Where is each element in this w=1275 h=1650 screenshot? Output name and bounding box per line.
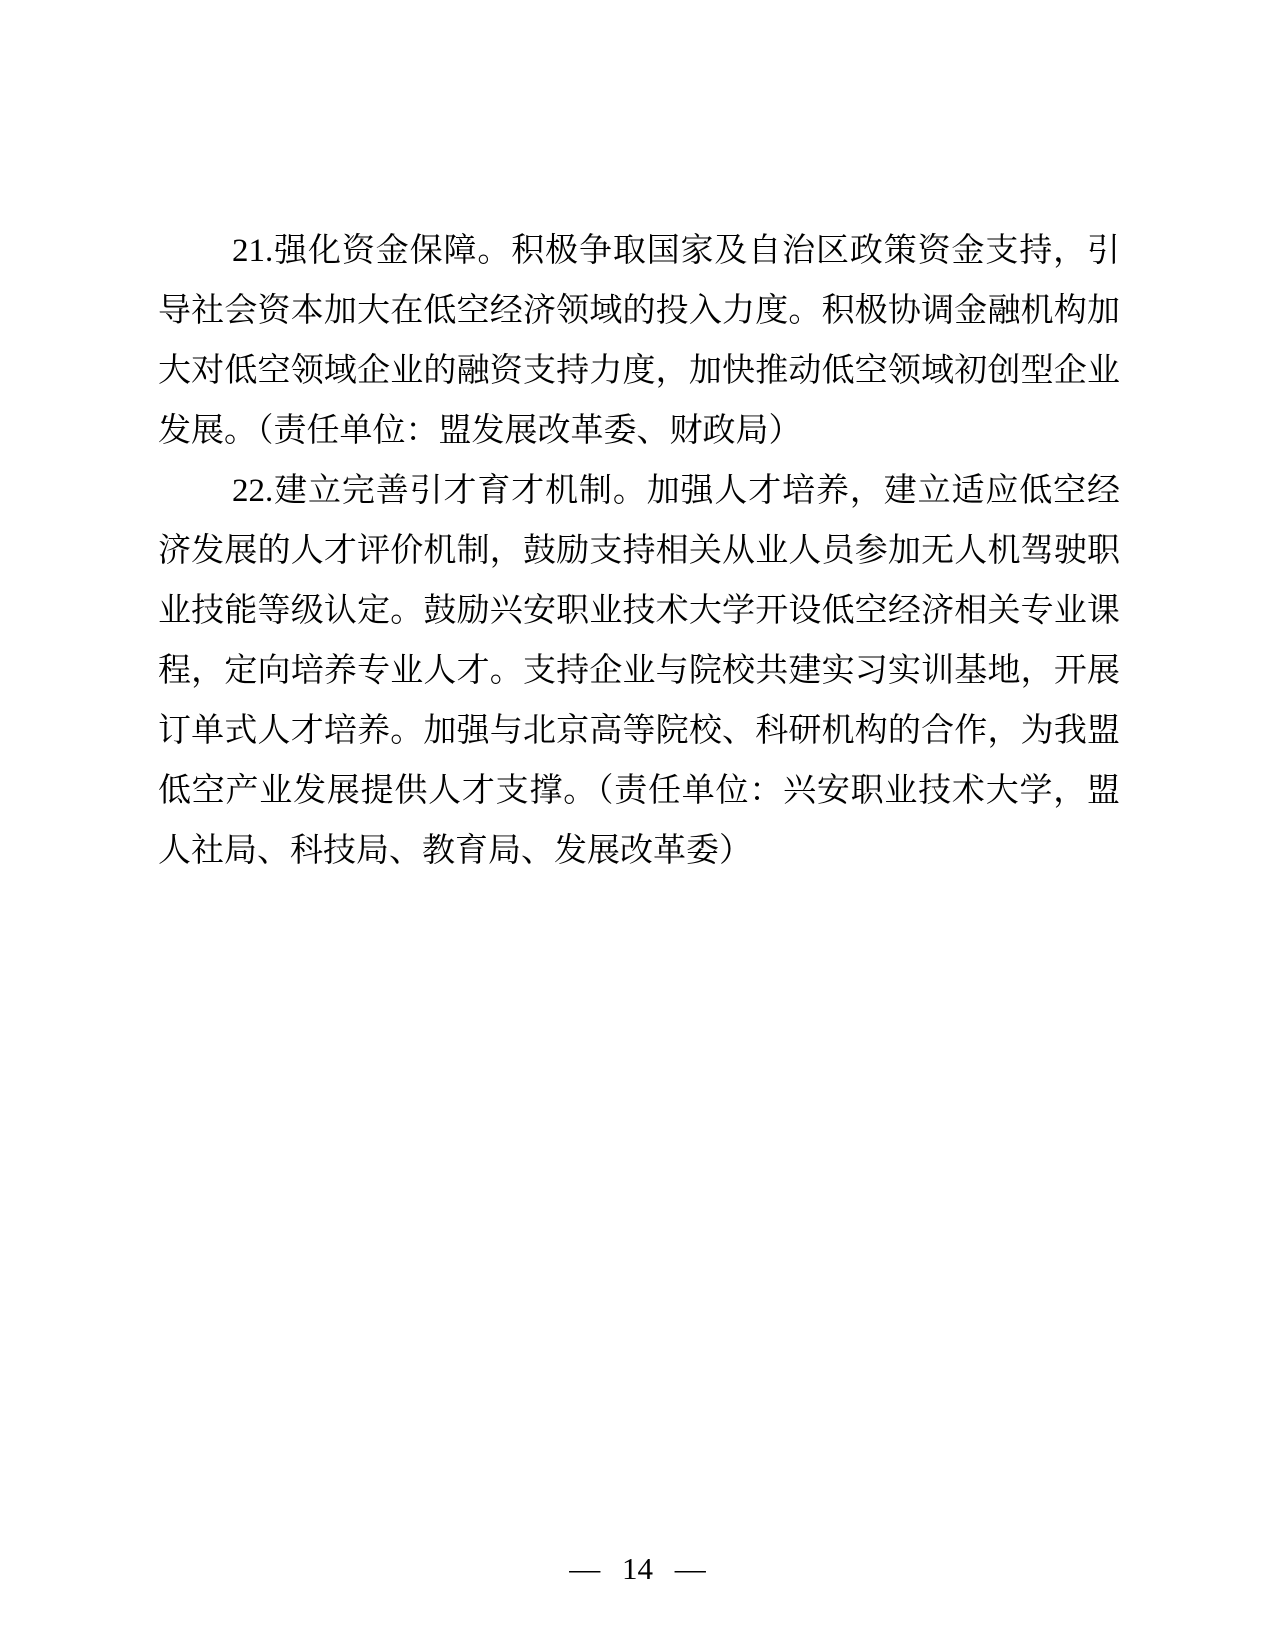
paragraph-22-line-2: 济发展的人才评价机制，鼓励支持相关从业人员参加无人机驾驶职	[158, 521, 1120, 581]
paragraph-22-line-7: 人社局、科技局、教育局、发展改革委）	[158, 821, 1120, 881]
paragraph-22-line-3: 业技能等级认定。鼓励兴安职业技术大学开设低空经济相关专业课	[158, 581, 1120, 641]
paragraph-21: 21.强化资金保障。积极争取国家及自治区政策资金支持，引 导社会资本加大在低空经…	[158, 221, 1120, 461]
paragraph-21-line-2: 导社会资本加大在低空经济领域的投入力度。积极协调金融机构加	[158, 281, 1120, 341]
paragraph-21-line-1: 21.强化资金保障。积极争取国家及自治区政策资金支持，引	[158, 221, 1120, 281]
page-number: — 14 —	[0, 1549, 1275, 1589]
paragraph-21-line-3: 大对低空领域企业的融资支持力度，加快推动低空领域初创型企业	[158, 341, 1120, 401]
paragraph-22-line-5: 订单式人才培养。加强与北京高等院校、科研机构的合作，为我盟	[158, 701, 1120, 761]
paragraph-22: 22.建立完善引才育才机制。加强人才培养，建立适应低空经 济发展的人才评价机制，…	[158, 461, 1120, 881]
paragraph-21-line-4: 发展。（责任单位：盟发展改革委、财政局）	[158, 401, 1120, 461]
document-body: 21.强化资金保障。积极争取国家及自治区政策资金支持，引 导社会资本加大在低空经…	[158, 221, 1120, 881]
paragraph-22-line-4: 程，定向培养专业人才。支持企业与院校共建实习实训基地，开展	[158, 641, 1120, 701]
document-page: 21.强化资金保障。积极争取国家及自治区政策资金支持，引 导社会资本加大在低空经…	[0, 0, 1275, 1650]
paragraph-22-line-1: 22.建立完善引才育才机制。加强人才培养，建立适应低空经	[158, 461, 1120, 521]
paragraph-22-line-6: 低空产业发展提供人才支撑。（责任单位：兴安职业技术大学，盟	[158, 761, 1120, 821]
